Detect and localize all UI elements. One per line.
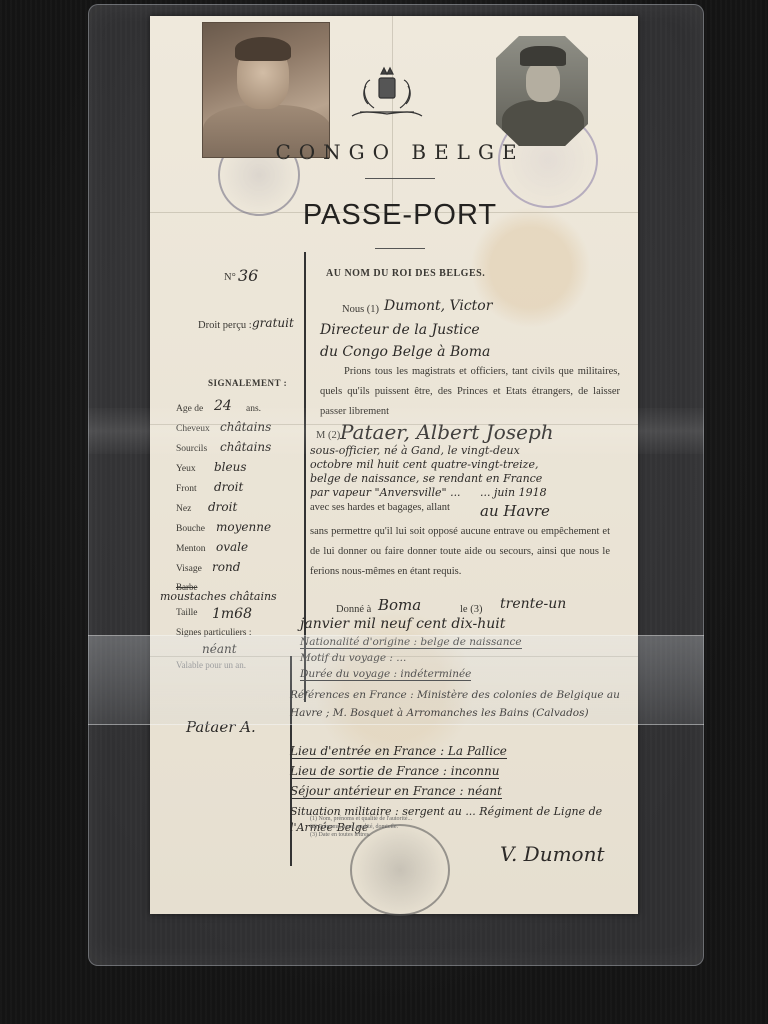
issuer-line: Directeur de la Justice	[320, 322, 480, 338]
footnote: (1) Nom, prénoms et qualité de l'autorit…	[310, 816, 412, 822]
annotation-line: Lieu de sortie de France : inconnu	[290, 764, 499, 779]
field-label: Menton	[176, 544, 206, 554]
field-label: Visage	[176, 564, 202, 574]
number-value: 36	[238, 266, 258, 285]
field-value: rond	[212, 560, 240, 574]
field-value: droit	[214, 480, 243, 494]
bearer-detail: belge de naissance, se rendant en France	[310, 472, 542, 485]
annotation-line: Lieu d'entrée en France : La Pallice	[290, 744, 507, 759]
issuer-line: Dumont, Victor	[384, 298, 492, 314]
issuer-label: Nous (1)	[342, 304, 379, 315]
divider	[365, 178, 435, 179]
given-label: Donné à	[336, 604, 371, 615]
protection-paragraph: sans permettre qu'il lui soit opposé auc…	[310, 522, 610, 582]
field-value: bleus	[214, 460, 247, 474]
issuer-line: du Congo Belge à Boma	[320, 344, 490, 360]
bearer-detail: par vapeur "Anversville" ...	[310, 486, 461, 499]
date-label: le (3)	[460, 604, 482, 615]
document-title: PASSE-PORT	[240, 199, 560, 232]
annotation-line: Séjour antérieur en France : néant	[290, 784, 502, 799]
field-value: 1m68	[212, 606, 252, 622]
field-value: droit	[208, 500, 237, 514]
field-label: Nez	[176, 504, 191, 514]
official-signature: V. Dumont	[500, 842, 605, 866]
second-photo	[496, 36, 588, 146]
country-title: CONGO BELGE	[220, 140, 580, 164]
bearer-detail: ... juin 1918	[480, 486, 547, 499]
sovereign-heading: AU NOM DU ROI DES BELGES.	[326, 268, 485, 279]
field-value: moustaches châtains	[160, 590, 277, 603]
field-label: Taille	[176, 608, 198, 618]
date-line: trente-un	[500, 596, 566, 612]
justice-stamp	[350, 824, 450, 916]
fee-value: gratuit	[252, 316, 294, 330]
field-label: Bouche	[176, 524, 205, 534]
fee-label: Droit perçu :	[198, 320, 252, 331]
description-title: SIGNALEMENT :	[208, 378, 287, 388]
destination: au Havre	[480, 502, 550, 520]
field-label: Yeux	[176, 464, 196, 474]
divider	[375, 248, 425, 249]
holder-photo	[202, 22, 330, 158]
bearer-detail: octobre mil huit cent quatre-vingt-treiz…	[310, 458, 538, 471]
passport-document: CONGO BELGE PASSE-PORT N° 36 AU NOM DU R…	[150, 16, 638, 914]
field-value: ovale	[216, 540, 248, 554]
given-place: Boma	[378, 596, 421, 614]
footnote: (3) Date en toutes lettres.	[310, 832, 370, 838]
sleeve-reflection	[88, 408, 704, 454]
coat-of-arms-icon	[348, 66, 426, 122]
number-label: N°	[224, 272, 236, 283]
field-label: Front	[176, 484, 197, 494]
date-line: janvier mil neuf cent dix-huit	[300, 616, 505, 632]
field-value: moyenne	[216, 520, 271, 534]
sleeve-fold	[88, 635, 704, 725]
baggage-text: avec ses hardes et bagages, allant	[310, 502, 450, 513]
